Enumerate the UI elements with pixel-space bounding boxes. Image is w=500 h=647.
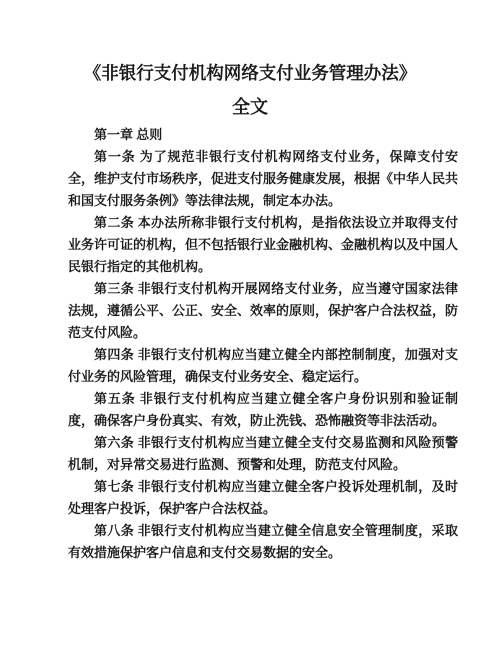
article-5: 第五条 非银行支付机构应当建立健全客户身份识别和验证制度，确保客户身份真实、有效… bbox=[68, 388, 458, 432]
article-1: 第一条 为了规范非银行支付机构网络支付业务，保障支付安全，维护支付市场秩序，促进… bbox=[68, 146, 458, 212]
article-2: 第二条 本办法所称非银行支付机构，是指依法设立并取得支付业务许可证的机构，但不包… bbox=[68, 212, 458, 278]
article-7: 第七条 非银行支付机构应当建立健全客户投诉处理机制，及时处理客户投诉，保护客户合… bbox=[68, 476, 458, 520]
document-title: 《非银行支付机构网络支付业务管理办法》 bbox=[0, 56, 500, 90]
chapter-heading: 第一章 总则 bbox=[68, 124, 458, 146]
document-title-block: 《非银行支付机构网络支付业务管理办法》 全文 bbox=[0, 56, 500, 124]
article-3: 第三条 非银行支付机构开展网络支付业务，应当遵守国家法律法规，遵循公平、公正、安… bbox=[68, 278, 458, 344]
article-8: 第八条 非银行支付机构应当建立健全信息安全管理制度，采取有效措施保护客户信息和支… bbox=[68, 520, 458, 564]
document-page: 《非银行支付机构网络支付业务管理办法》 全文 第一章 总则 第一条 为了规范非银… bbox=[0, 0, 500, 647]
document-body: 第一章 总则 第一条 为了规范非银行支付机构网络支付业务，保障支付安全，维护支付… bbox=[68, 124, 458, 564]
document-subtitle: 全文 bbox=[0, 90, 500, 124]
article-6: 第六条 非银行支付机构应当建立健全支付交易监测和风险预警机制，对异常交易进行监测… bbox=[68, 432, 458, 476]
article-4: 第四条 非银行支付机构应当建立健全内部控制制度，加强对支付业务的风险管理，确保支… bbox=[68, 344, 458, 388]
